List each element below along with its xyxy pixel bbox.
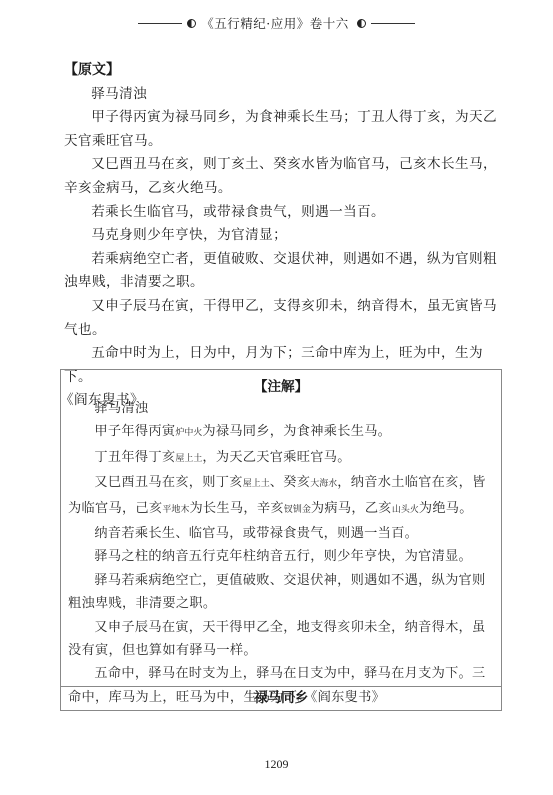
original-paragraph: 驿马清浊 — [64, 83, 500, 107]
text-run: 、癸亥 — [270, 475, 310, 490]
text-run: 甲子年得丙寅 — [94, 424, 175, 439]
header-title: 《五行精纪·应用》卷十六 — [201, 14, 348, 32]
yinyang-icon — [357, 19, 366, 28]
header-rule-left — [138, 23, 182, 24]
text-run: 丁丑年得丁亥 — [94, 450, 175, 465]
original-text-section: 【原文】 驿马清浊 甲子得丙寅为禄马同乡，为食神乘长生马；丁丑人得丁亥，为天乙天… — [64, 59, 500, 413]
header-rule-right — [371, 23, 415, 24]
page-number: 1209 — [0, 757, 553, 772]
original-paragraph: 又巳酉丑马在亥，则丁亥土、癸亥水皆为临官马，己亥木长生马，辛亥金病马，乙亥火绝马… — [64, 153, 500, 200]
text-run: 又巳酉丑马在亥，则丁亥 — [94, 475, 242, 490]
nayin-note: 屋上土 — [243, 479, 270, 489]
annotation-paragraph: 又申子辰马在寅，天干得甲乙全，地支得亥卯未全，纳音得木，虽没有寅，但也算如有驿马… — [68, 616, 495, 663]
original-paragraph: 若乘长生临官马，或带禄食贵气，则遇一当百。 — [64, 201, 500, 225]
original-paragraph: 又申子辰马在寅，干得甲乙，支得亥卯未，纳音得木，虽无寅皆马气也。 — [64, 295, 500, 342]
annotation-title: 【注解】 — [61, 375, 501, 397]
annotation-paragraph: 甲子年得丙寅炉中火为禄马同乡，为食神乘长生马。 — [68, 420, 495, 445]
annotation-paragraph: 又巳酉丑马在亥，则丁亥屋上土、癸亥大海水，纳音水土临官在亥，皆为临官马，己亥平地… — [68, 471, 495, 522]
text-run: 为绝马。 — [419, 501, 473, 516]
nayin-note: 炉中火 — [175, 428, 202, 438]
text-run: 为禄马同乡，为食神乘长生马。 — [202, 424, 391, 439]
annotation-paragraph: 驿马若乘病绝空亡，更值破败、交退伏神，则遇如不遇，纵为官则粗浊卑贱，非清要之职。 — [68, 569, 495, 616]
original-paragraph: 甲子得丙寅为禄马同乡，为食神乘长生马；丁丑人得丁亥，为天乙天官乘旺官马。 — [64, 106, 500, 153]
text-run: 为病马，乙亥 — [311, 501, 392, 516]
original-paragraph: 马克身则少年亨快，为官清显； — [64, 224, 500, 248]
annotation-box: 【注解】 驿马清浊 甲子年得丙寅炉中火为禄马同乡，为食神乘长生马。 丁丑年得丁亥… — [60, 369, 502, 711]
annotation-paragraph: 驿马清浊 — [68, 397, 495, 420]
original-text-label: 【原文】 — [64, 59, 500, 83]
annotation-body: 驿马清浊 甲子年得丙寅炉中火为禄马同乡，为食神乘长生马。 丁丑年得丁亥屋上土，为… — [61, 397, 501, 709]
running-header: 《五行精纪·应用》卷十六 — [0, 13, 553, 33]
nayin-note: 钗钏金 — [284, 505, 311, 515]
text-run: ，为天乙天官乘旺官马。 — [202, 450, 350, 465]
original-paragraph: 若乘病绝空亡者，更值破败、交退伏神，则遇如不遇，纵为官则粗浊卑贱，非清要之职。 — [64, 248, 500, 295]
nayin-note: 大海水 — [310, 479, 337, 489]
annotation-paragraph: 纳音若乘长生、临官马，或带禄食贵气，则遇一当百。 — [68, 522, 495, 545]
nayin-note: 屋上土 — [175, 454, 202, 464]
annotation-paragraph: 丁丑年得丁亥屋上土，为天乙天官乘旺官马。 — [68, 446, 495, 471]
next-section-heading: 禄马同乡 — [61, 686, 501, 710]
text-run: 为长生马，辛亥 — [189, 501, 283, 516]
nayin-note: 山头火 — [392, 505, 419, 515]
nayin-note: 平地木 — [162, 505, 189, 515]
yinyang-icon — [187, 19, 196, 28]
annotation-paragraph: 驿马之柱的纳音五行克年柱纳音五行，则少年亨快，为官清显。 — [68, 545, 495, 568]
